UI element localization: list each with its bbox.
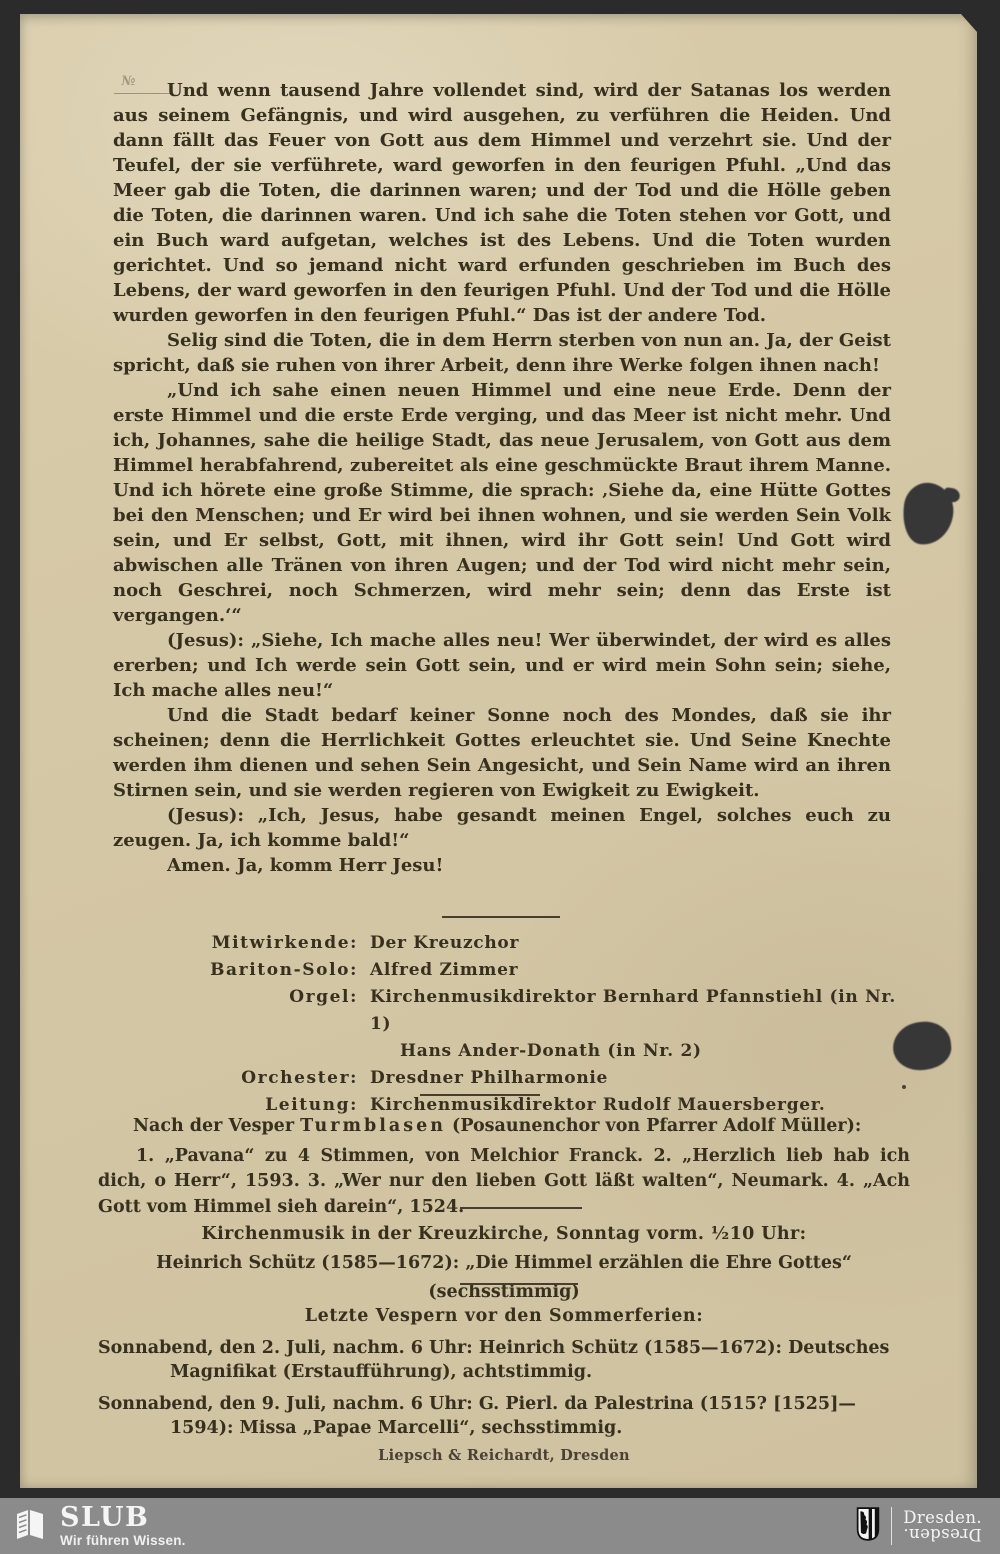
- credit-row: Mitwirkende: Der Kreuzchor: [108, 930, 908, 957]
- credits-list: Mitwirkende: Der Kreuzchor Bariton-Solo:…: [108, 930, 908, 1119]
- kirchenmusik-program: Heinrich Schütz (1585—1672): „Die Himmel…: [98, 1249, 910, 1307]
- section-divider-2: [420, 1094, 540, 1096]
- credit-value: Kirchenmusikdirektor Bernhard Pfannstieh…: [370, 984, 908, 1038]
- dresden-wordmark: Dresden.: [903, 1509, 982, 1526]
- amen-line: Amen. Ja, komm Herr Jesu!: [113, 853, 891, 878]
- footer-divider: [891, 1507, 892, 1545]
- slub-name: SLUB: [60, 1504, 186, 1531]
- slub-logo[interactable]: SLUB Wir führen Wissen.: [13, 1504, 186, 1548]
- credit-label: Orgel:: [108, 984, 358, 1038]
- scripture-paragraph-5: Und die Stadt bedarf keiner Sonne noch d…: [113, 703, 891, 803]
- slub-wordmark-block: SLUB Wir führen Wissen.: [60, 1504, 186, 1548]
- credit-row: Hans Ander-Donath (in Nr. 2): [108, 1038, 908, 1065]
- ink-blot-1: [899, 480, 957, 548]
- vespern-section: Letzte Vespern vor den Sommerferien: Son…: [98, 1304, 910, 1448]
- turmblasen-heading: Nach der Vesper Turmblasen (Posaunenchor…: [98, 1114, 910, 1140]
- credit-value: Dresdner Philharmonie: [370, 1065, 908, 1092]
- turmblasen-section: Nach der Vesper Turmblasen (Posaunenchor…: [98, 1114, 910, 1220]
- dresden-wordmark-reflection: Dresden.: [903, 1526, 982, 1543]
- dresden-wordmark-block: Dresden. Dresden.: [903, 1509, 982, 1543]
- scripture-paragraph-6: (Jesus): „Ich, Jesus, habe gesandt meine…: [113, 803, 891, 853]
- vespern-entry: Sonnabend, den 9. Juli, nachm. 6 Uhr: G.…: [98, 1392, 910, 1441]
- scripture-paragraph-1: Und wenn tausend Jahre vollendet sind, w…: [113, 78, 891, 328]
- dresden-coat-of-arms-icon: [856, 1506, 880, 1547]
- ink-speck: [902, 1085, 906, 1089]
- section-divider-3: [460, 1207, 582, 1209]
- credit-value: Alfred Zimmer: [370, 957, 908, 984]
- scripture-paragraph-3: „Und ich sahe einen neuen Himmel und ein…: [113, 378, 891, 628]
- vespern-heading: Letzte Vespern vor den Sommerferien:: [98, 1304, 910, 1329]
- credit-label: Mitwirkende:: [108, 930, 358, 957]
- credit-label: Bariton-Solo:: [108, 957, 358, 984]
- dresden-logo[interactable]: Dresden. Dresden.: [856, 1506, 982, 1547]
- printer-imprint: Liepsch & Reichardt, Dresden: [98, 1447, 910, 1464]
- viewer-footer-bar: SLUB Wir führen Wissen. Dresd: [0, 1498, 1000, 1554]
- slub-book-icon: [13, 1506, 47, 1547]
- credit-row: Orgel: Kirchenmusikdirektor Bernhard Pfa…: [108, 984, 908, 1038]
- ink-speck: [780, 117, 784, 120]
- turmblasen-heading-pre: Nach der Vesper: [133, 1116, 300, 1136]
- kirchenmusik-heading: Kirchenmusik in der Kreuzkirche, Sonntag…: [98, 1220, 910, 1249]
- credit-row: Orchester: Dresdner Philharmonie: [108, 1065, 908, 1092]
- section-divider-4: [460, 1283, 578, 1285]
- scripture-paragraph-4: (Jesus): „Siehe, Ich mache alles neu! We…: [113, 628, 891, 703]
- turmblasen-heading-title: Turmblasen: [300, 1116, 446, 1136]
- vespern-entry: Sonnabend, den 2. Juli, nachm. 6 Uhr: He…: [98, 1336, 910, 1385]
- credit-value: Der Kreuzchor: [370, 930, 908, 957]
- credit-label: Orchester:: [108, 1065, 358, 1092]
- scripture-text: Und wenn tausend Jahre vollendet sind, w…: [113, 78, 891, 878]
- credit-row: Bariton-Solo: Alfred Zimmer: [108, 957, 908, 984]
- page-scan: № Und wenn tausend Jahre vollendet sind,…: [20, 14, 977, 1488]
- turmblasen-heading-post: (Posaunenchor von Pfarrer Adolf Müller):: [446, 1116, 861, 1136]
- section-divider-1: [442, 916, 560, 918]
- kirchenmusik-section: Kirchenmusik in der Kreuzkirche, Sonntag…: [98, 1220, 910, 1307]
- credit-value: Hans Ander-Donath (in Nr. 2): [370, 1038, 908, 1065]
- credit-label: [108, 1038, 358, 1065]
- scripture-paragraph-2: Selig sind die Toten, die in dem Herrn s…: [113, 328, 891, 378]
- slub-tagline: Wir führen Wissen.: [60, 1533, 186, 1548]
